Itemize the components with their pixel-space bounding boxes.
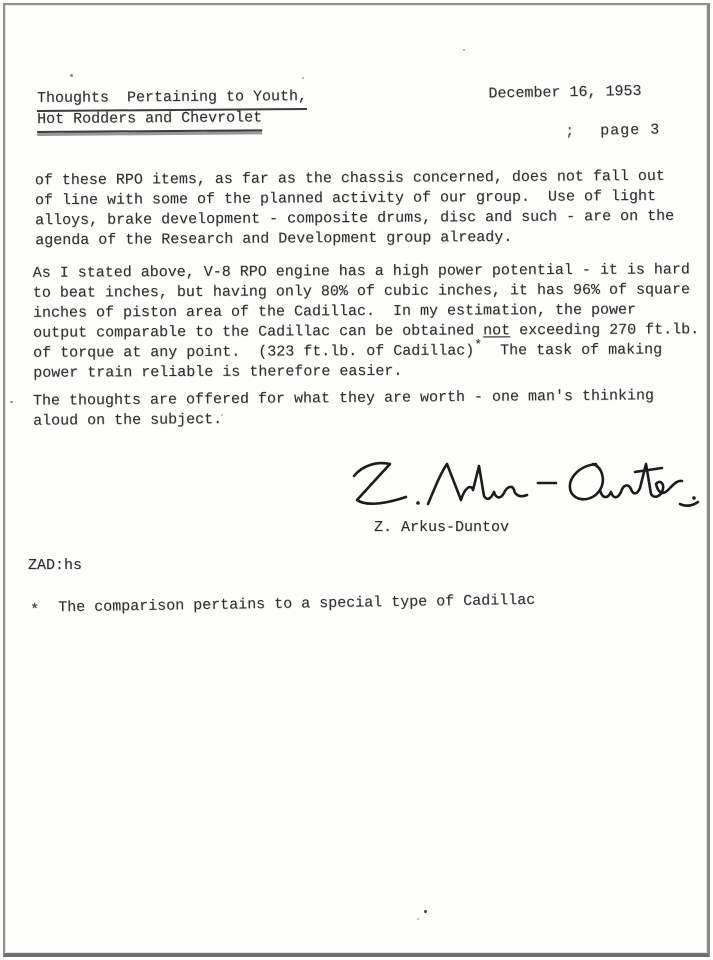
paragraph-2-line-6: power train reliable is therefore easier… [33,360,699,383]
typed-signature-name: Z. Arkus-Duntov [374,518,509,538]
scan-speck [463,49,465,51]
line4-post: exceeding 270 ft.lb. [510,321,699,339]
scanned-memo-page: { "document": { "header": { "title_line1… [0,0,713,960]
paragraph-1-line: agenda of the Research and Development g… [35,227,674,251]
footnote: * The comparison pertains to a special t… [30,589,630,598]
line4-pre: output comparable to the Cadillac can be… [33,322,483,341]
paragraph-1: of these RPO items, as far as the chassi… [35,167,675,251]
underlined-not: not [483,322,510,339]
line5-pre: of torque at any point. (323 ft.lb. of C… [33,342,474,361]
footnote-marker: * [30,601,39,621]
scan-speck [10,401,13,403]
footnote-asterisk-marker: * [474,337,482,352]
stray-semicolon-mark: ; [565,123,574,140]
document-page: Thoughts Pertaining to Youth, Hot Rodder… [0,0,713,960]
reference-initials: ZAD:hs [28,556,82,576]
scan-speck [221,414,223,416]
scan-speck [417,918,419,920]
handwritten-signature [330,454,702,518]
memo-title: Thoughts Pertaining to Youth, Hot Rodder… [37,87,307,133]
memo-title-line2: Hot Rodders and Chevrolet [37,108,262,133]
date-block: December 16, 1953 ;page 3 [488,82,660,164]
scan-speck [70,74,73,77]
paragraph-2-line-5: of torque at any point. (323 ft.lb. of C… [33,340,699,363]
paragraph-3-line: aloud on the subject. [33,406,654,431]
footnote-text: The comparison pertains to a special typ… [58,591,535,618]
paragraph-2: As I stated above, V-8 RPO engine has a … [33,260,700,383]
memo-date: December 16, 1953 [488,82,659,105]
page-number: page 3 [600,122,660,140]
line5-post: The task of making [482,341,662,359]
scan-speck [424,910,427,913]
paragraph-3: The thoughts are offered for what they a… [33,386,654,431]
scan-speck [302,77,304,79]
